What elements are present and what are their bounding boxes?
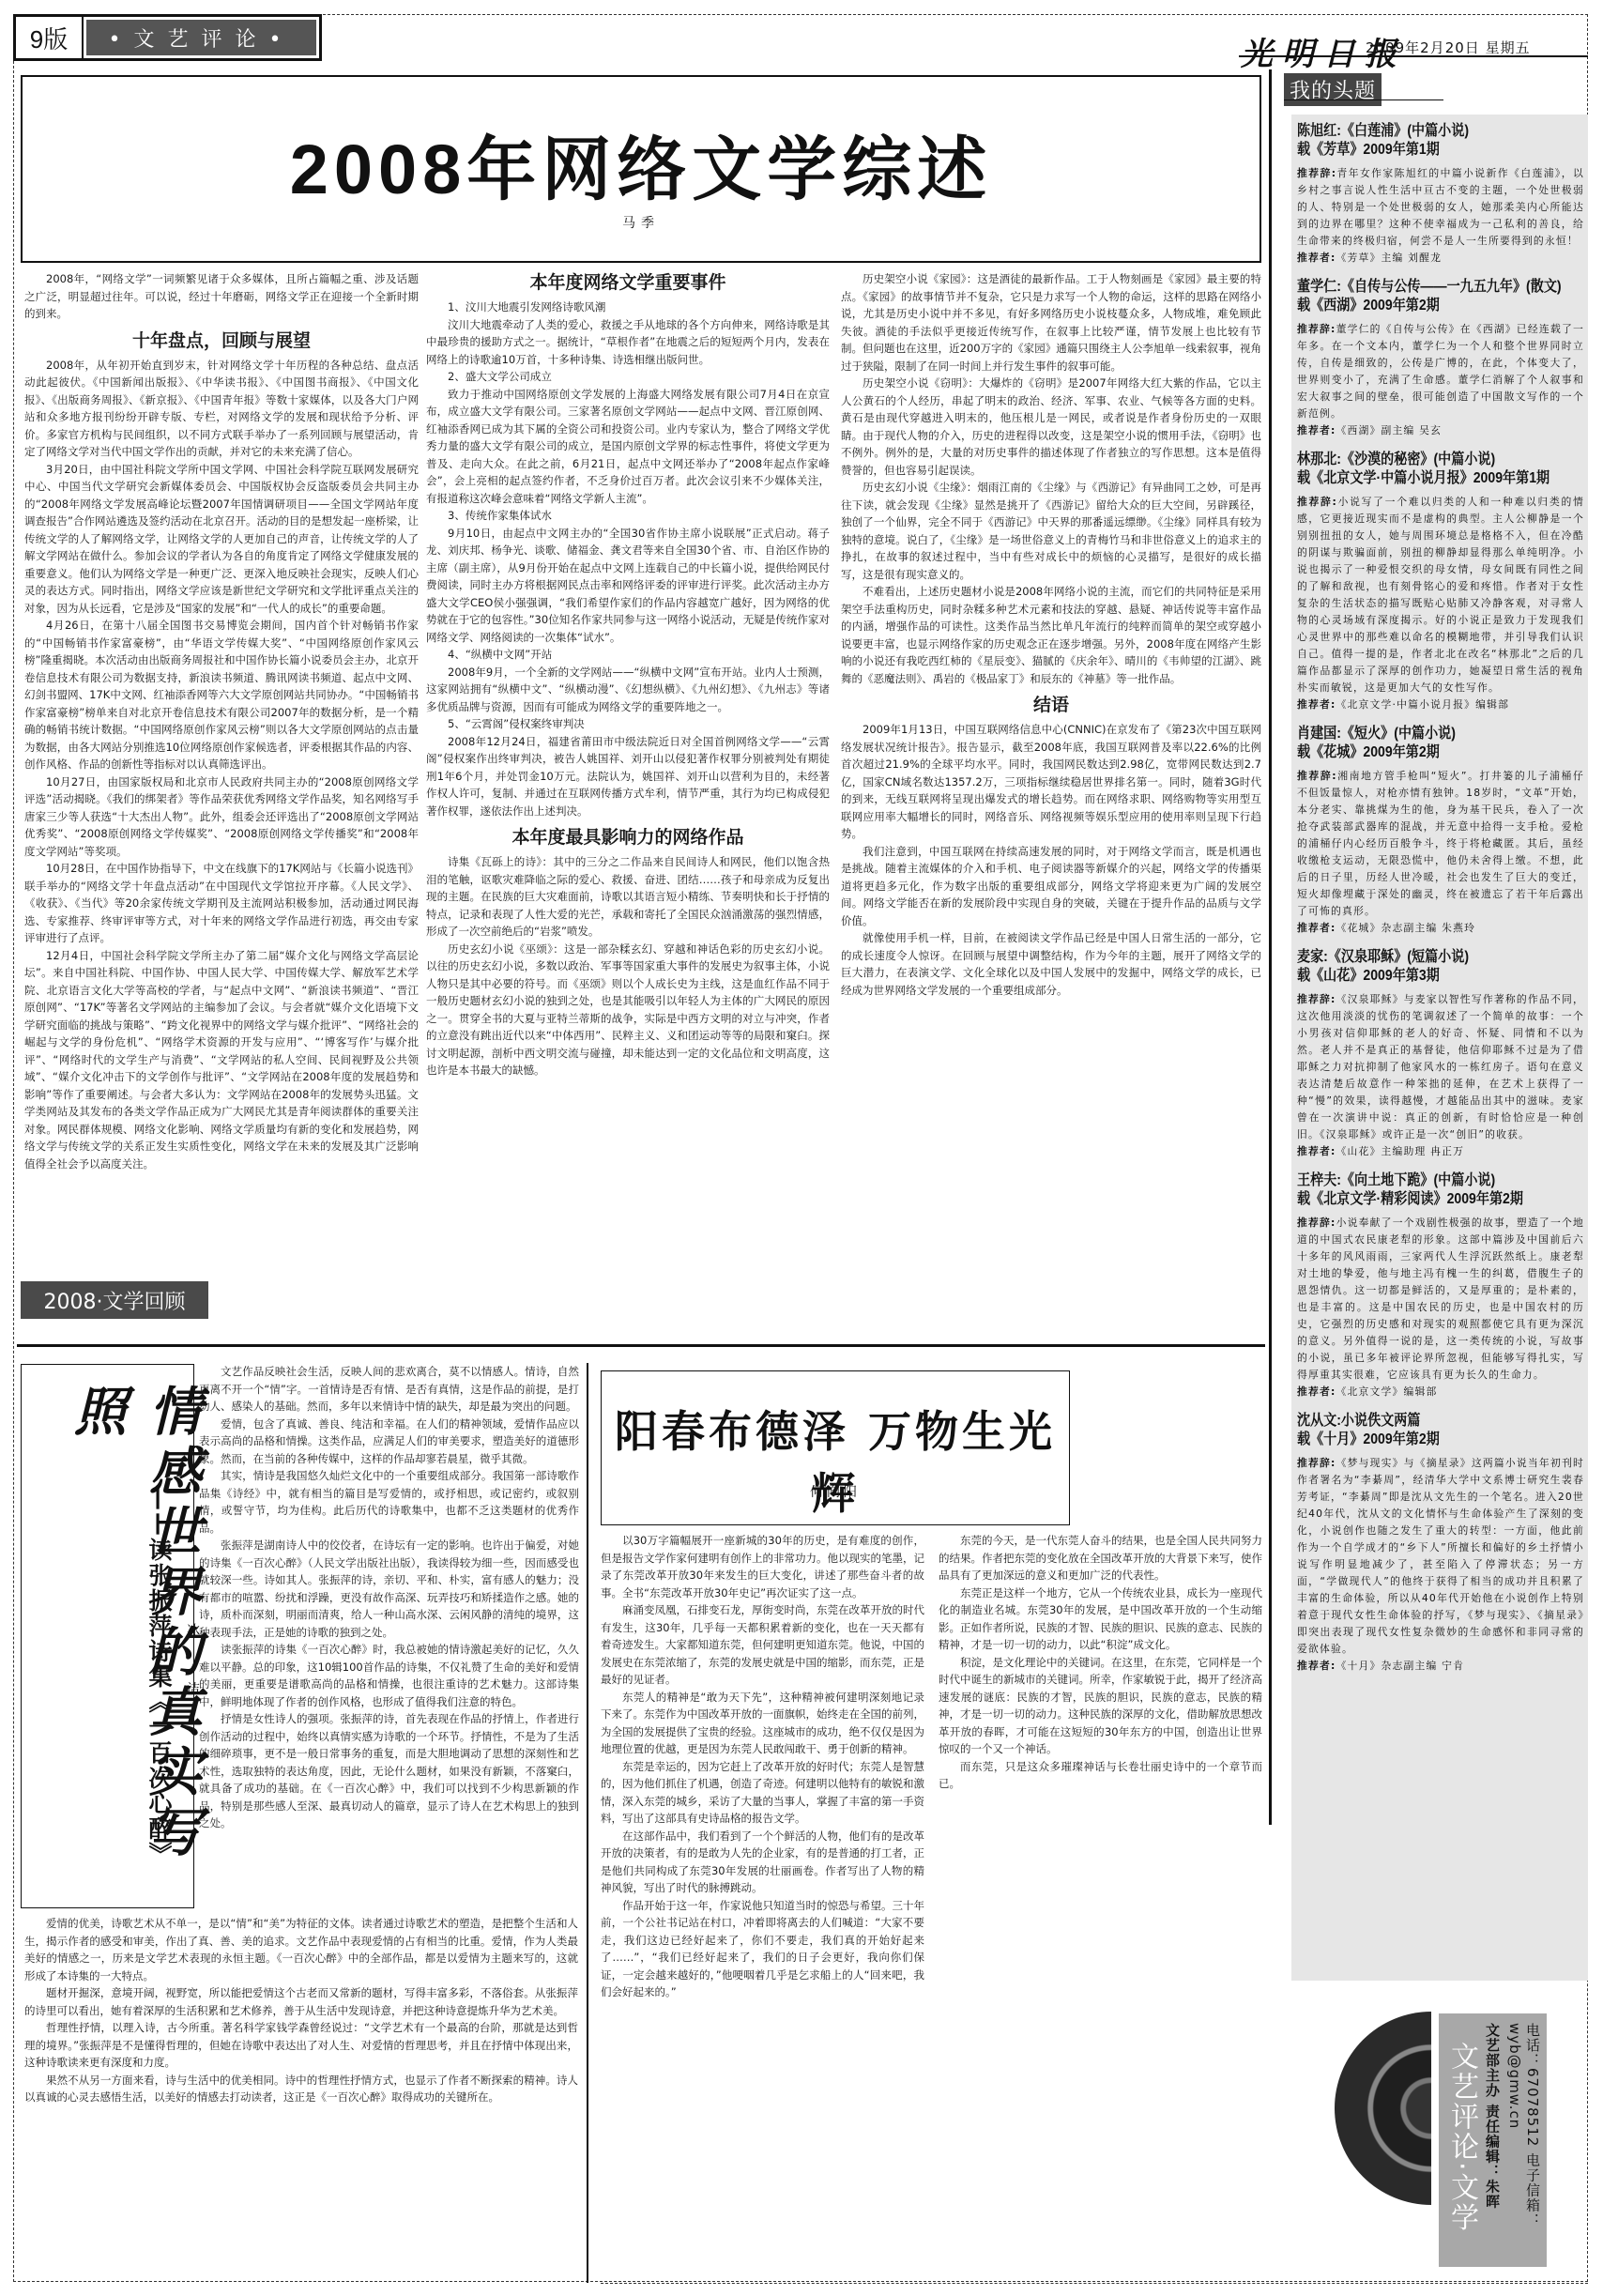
paragraph: 以30万字篇幅展开一座新城的30年的历史，是有难度的创作，但是报告文学作家何建明… (601, 1532, 924, 1601)
paragraph: 不难看出，上述历史题材小说是2008年网络小说的主流，而它们的共同特征是采用架空… (841, 583, 1261, 687)
paragraph: 10月28日，在中国作协指导下，中文在线旗下的17K网站与《长篇小说选刊》联手举… (24, 860, 419, 947)
colophon-editor: 文艺部主办 责任编辑：朱晖 (1483, 2023, 1503, 2209)
paragraph: 就像使用手机一样，目前，在被阅读文学作品已经是中国人日常生活的一部分，它的成长速… (841, 929, 1261, 999)
section-divider (17, 1344, 1265, 1347)
recommendation-title: 陈旭红:《白莲浦》(中篇小说) (1297, 122, 1550, 141)
poem-review-title-box: 情感世界的真实写照 ——读张振萍诗集《一百次心醉》 冰 洁 (21, 1364, 194, 1908)
paragraph: 抒情是女性诗人的强项。张振萍的诗，首先表现在作品的抒情上，作者进行创作活动的过程… (199, 1710, 579, 1832)
masthead-rule (1239, 55, 1588, 57)
feature-byline: 马季 (23, 213, 1259, 232)
recommendation-title: 肖建国:《短火》(中篇小说) (1297, 725, 1550, 743)
paragraph: 12月4日，中国社会科学院文学所主办了第二届“媒介文化与网络文学高层论坛”。来自… (24, 947, 419, 1173)
paragraph: 历史架空小说《家园》：这是酒徒的最新作品。工于人物刻画是《家园》最主要的特点。《… (841, 270, 1261, 375)
recommender-label: 推荐者: (1297, 424, 1336, 436)
colophon-section-name: 文艺评论·文学 (1441, 2042, 1482, 2233)
paragraph: 2008年，从年初开始直到岁末，针对网络文学十年历程的各种总结、盘点活动此起彼伏… (24, 357, 419, 461)
recommendation-source: 载《西湖》2009年第2期 (1297, 297, 1550, 315)
paragraph: 东莞正是这样一个地方，它从一个传统农业县，成长为一座现代化的制造业名城。东莞30… (939, 1584, 1262, 1654)
paragraph: 文艺作品反映社会生活，反映人间的悲欢离合，莫不以情感人。情诗，自然更离不开一个“… (199, 1363, 579, 1416)
recommender-label: 推荐者: (1297, 922, 1336, 934)
recommend-label: 推荐辞: (1297, 770, 1337, 782)
recommendation-source: 载《花城》2009年第2期 (1297, 743, 1550, 762)
paragraph: 读张振萍的诗集《一百次心醉》时，我总被她的情诗激起美好的记忆，久久难以平静。总的… (199, 1641, 579, 1710)
recommendation-title: 董学仁:《自传与公传——一九五九年》(散文) (1297, 278, 1550, 297)
recommendation-body: 小说写了一个难以归类的人和一种难以归类的情感，它更接近现实而不是虚构的典型。主人… (1297, 496, 1584, 694)
feature-title: 2008年网络文学综述 (23, 115, 1259, 214)
recommendation-item: 王梓夫:《向土地下跪》(中篇小说) 载《北京文学·精彩阅读》2009年第2期 推… (1297, 1171, 1584, 1401)
paragraph: 3月20日，由中国社科院文学所中国文学网、中国社会科学院互联网发展研究中心、中国… (24, 461, 419, 618)
feature-title-box: 2008年网络文学综述 马季 (21, 75, 1261, 263)
event-title: 1、汶川大地震引发网络诗歌风潮 (426, 298, 830, 316)
recommend-label: 推荐辞: (1297, 167, 1336, 179)
feature-heading-events: 本年度网络文学重要事件 (426, 270, 830, 295)
recommender-label: 推荐者: (1297, 1385, 1336, 1398)
paragraph: 10月27日，由国家版权局和北京市人民政府共同主办的“2008原创网络文学评选”… (24, 773, 419, 861)
paragraph: 爱情的优美，诗歌艺术从不单一，是以“情”和“美”为特征的文体。读者通过诗歌艺术的… (24, 1915, 578, 1984)
event-title: 2、盛大文学公司成立 (426, 368, 830, 386)
feature-heading-review: 十年盘点，回顾与展望 (24, 329, 419, 353)
event-body: 9月10日，由起点中文网主办的“全国30省作协主席小说联展”正式启动。蒋子龙、刘… (426, 525, 830, 647)
dongguan-review-column-2: 东莞的今天，是一代东莞人奋斗的结果，也是全国人民共同努力的结果。作者把东莞的变化… (939, 1532, 1262, 2283)
page-label: 9版 •文艺评论• (13, 14, 322, 61)
recommender: 《花城》杂志副主编 朱燕玲 (1336, 922, 1476, 934)
poem-review-subtitle: ——读张振萍诗集《一百次心醉》 (142, 1487, 176, 1867)
dongguan-review-column-1: 以30万字篇幅展开一座新城的30年的历史，是有难度的创作，但是报告文学作家何建明… (601, 1532, 924, 2283)
dongguan-review-title: 阳春布德泽 万物生光辉 (602, 1398, 1069, 1522)
recommend-label: 推荐辞: (1297, 323, 1336, 335)
paragraph: 历史玄幻小说《尘缘》：烟雨江南的《尘缘》与《西游记》有异曲同工之妙，可是再往下读… (841, 479, 1261, 583)
recommender: 《山花》主编助理 冉正万 (1336, 1145, 1465, 1157)
recommender: 《十月》杂志副主编 宁肯 (1336, 1660, 1465, 1672)
paragraph: 题材开掘深，意境开阔，视野宽，所以能把爱情这个古老而又常新的题材，写得丰富多彩，… (24, 1984, 578, 2019)
event-title: 5、“云霄阁”侵权案终审判决 (426, 715, 830, 733)
bottom-border (601, 2283, 1588, 2284)
recommendation-item: 肖建国:《短火》(中篇小说) 载《花城》2009年第2期 推荐辞:湘南地方管手枪… (1297, 725, 1584, 937)
feature-intro: 2008年，“网络文学”一词频繁见诸于众多媒体，且所占篇幅之重、涉及话题之广泛，… (24, 270, 419, 323)
feature-heading-conclusion: 结语 (841, 693, 1261, 717)
sidebar-title-underline (1284, 99, 1443, 100)
recommendation-body: 青年女作家陈旭红的中篇小说新作《白莲浦》，以乡村之事言说人性生活中亘古不变的主题… (1297, 167, 1584, 247)
recommendation-body: 《汉泉耶稣》与麦家以智性写作著称的作品不同，这次他用淡淡的忧伤的笔调叙述了一个简… (1297, 993, 1584, 1140)
paragraph: 麻涌变凤凰，石排变石龙，厚街变时尚，东莞在改革开放的时代有发生，这30年，几乎每… (601, 1601, 924, 1689)
page-number: 9版 (16, 17, 84, 58)
dongguan-review-title-box: 阳春布德泽 万物生光辉 何向阳 (601, 1370, 1070, 1525)
paragraph: 积淀，是文化理论中的关键词。在这里，在东莞，它同样是一个时代中诞生的新城市的关键… (939, 1654, 1262, 1758)
poem-review-column-2: 爱情的优美，诗歌艺术从不单一，是以“情”和“美”为特征的文体。读者通过诗歌艺术的… (24, 1915, 578, 2283)
recommendation-body: 董学仁的《自传与公传》在《西湖》已经连载了一年多。在一个文本内，董学仁为一个人和… (1297, 323, 1584, 420)
recommendation-body: 湘南地方管手枪叫“短火”。打井篓的儿子浦桶仔不但饭量惊人，对枪亦情有独钟。18岁… (1297, 770, 1584, 917)
sidebar-title: 我的头题 (1284, 73, 1382, 106)
recommender: 《北京文学》编辑部 (1336, 1385, 1438, 1398)
column-divider (587, 1363, 588, 2283)
feature-column-1: 2008年，“网络文学”一词频繁见诸于众多媒体，且所占篇幅之重、涉及话题之广泛，… (24, 270, 419, 1270)
recommendation-body: 小说奉献了一个戏剧性极强的故事，塑造了一个地道的中国式农民康老犁的形象。这部中篇… (1297, 1217, 1584, 1381)
paragraph: 作品开始于这一年，作家说他只知道当时的惊恐与希望。三十年前，一个公社书记站在村口… (601, 1897, 924, 2001)
recommender-label: 推荐者: (1297, 1145, 1336, 1157)
paragraph: 历史玄幻小说《巫颂》：这是一部杂糅玄幻、穿越和神话色彩的历史玄幻小说。以往的历史… (426, 941, 830, 1079)
paragraph: 东莞的今天，是一代东莞人奋斗的结果，也是全国人民共同努力的结果。作者把东莞的变化… (939, 1532, 1262, 1584)
paragraph: 4月26日，在第十八届全国图书交易博览会期间，国内首个针对畅销书作家的“中国畅销… (24, 617, 419, 773)
recommendation-item: 麦家:《汉泉耶稣》(短篇小说) 载《山花》2009年第3期 推荐辞:《汉泉耶稣》… (1297, 948, 1584, 1160)
section-tag: •文艺评论• (86, 20, 316, 55)
review-section-tag: 2008·文学回顾 (21, 1281, 208, 1319)
paragraph: 历史架空小说《窃明》：大爆炸的《窃明》是2007年网络大红大紫的作品，它以主人公… (841, 375, 1261, 479)
paragraph: 东莞是幸运的，因为它赶上了改革开放的好时代；东莞人是智慧的，因为他们抓住了机遇，… (601, 1758, 924, 1828)
recommendation-title: 麦家:《汉泉耶稣》(短篇小说) (1297, 948, 1550, 967)
recommender: 《北京文学·中篇小说月报》编辑部 (1336, 698, 1510, 711)
event-title: 4、“纵横中文网”开站 (426, 646, 830, 664)
recommendation-source: 载《山花》2009年第3期 (1297, 967, 1550, 986)
recommendation-item: 董学仁:《自传与公传——一九五九年》(散文) 载《西湖》2009年第2期 推荐辞… (1297, 278, 1584, 439)
recommendation-title: 沈从文:小说佚文两篇 (1297, 1412, 1550, 1431)
feature-column-3: 历史架空小说《家园》：这是酒徒的最新作品。工于人物刻画是《家园》最主要的特点。《… (841, 270, 1261, 1348)
issue-date: 2009年2月20日 星期五 (1366, 38, 1531, 57)
paragraph: 张振萍是湖南诗人中的佼佼者，在诗坛有一定的影响。也许出于偏爱，对她的诗集《一百次… (199, 1537, 579, 1641)
dongguan-review-author: 何向阳 (602, 1482, 1069, 1501)
recommendation-item: 沈从文:小说佚文两篇 载《十月》2009年第2期 推荐辞:《梦与现实》与《摘星录… (1297, 1412, 1584, 1675)
recommender-label: 推荐者: (1297, 252, 1336, 264)
recommendation-item: 林那北:《沙漠的秘密》(中篇小说) 载《北京文学·中篇小说月报》2009年第1期… (1297, 451, 1584, 713)
paragraph: 诗集《瓦砾上的诗》：其中的三分之二作品来自民间诗人和网民，他们以饱含热泪的笔触，… (426, 853, 830, 941)
recommendation-sidebar: 陈旭红:《白莲浦》(中篇小说) 载《芳草》2009年第1期 推荐辞:青年女作家陈… (1291, 115, 1588, 1981)
feature-column-2: 12月4日，中国社会科学院文学所主办了第二届“媒介文化与网络文学高层论坛”。来自… (426, 270, 830, 1348)
poem-review-column-1: 文艺作品反映社会生活，反映人间的悲欢离合，莫不以情感人。情诗，自然更离不开一个“… (199, 1363, 579, 1907)
recommendation-source: 载《十月》2009年第2期 (1297, 1431, 1550, 1449)
colophon-contact: 电话：67078512 电子信箱：wyb@gmw.cn (1506, 2023, 1543, 2296)
recommend-label: 推荐辞: (1297, 1457, 1336, 1469)
recommendation-source: 载《芳草》2009年第1期 (1297, 141, 1550, 160)
sidebar-rule (1269, 69, 1272, 1825)
recommender: 《芳草》主编 刘醒龙 (1336, 252, 1443, 264)
recommendation-title: 林那北:《沙漠的秘密》(中篇小说) (1297, 451, 1550, 469)
event-title: 3、传统作家集体试水 (426, 507, 830, 525)
paragraph: 在这部作品中，我们看到了一个个鲜活的人物，他们有的是改革开放的决策者，有的是敢为… (601, 1828, 924, 1897)
recommender-label: 推荐者: (1297, 698, 1336, 711)
paragraph: 其实，情诗是我国悠久灿烂文化中的一个重要组成部分。我国第一部诗歌作品集《诗经》中… (199, 1467, 579, 1537)
recommender-label: 推荐者: (1297, 1660, 1336, 1672)
recommendation-title: 王梓夫:《向土地下跪》(中篇小说) (1297, 1171, 1550, 1190)
recommend-label: 推荐辞: (1297, 496, 1337, 508)
recommend-label: 推荐辞: (1297, 993, 1336, 1005)
paragraph: 果然不从另一方面来看，诗与生活中的优美相同。诗中的哲理性抒情方式，也显示了作者不… (24, 2072, 578, 2106)
recommendation-body: 《梦与现实》与《摘星录》这两篇小说当年初刊时作者署名为“李綦周”，经清华大学中文… (1297, 1457, 1584, 1655)
paragraph: 哲理性抒情，以理入诗，古今所重。著名科学家钱学森曾经说过：“文学艺术有一个最高的… (24, 2019, 578, 2072)
event-body: 2008年9月，一个全新的文学网站——“纵横中文网”宣布开站。业内人士预测，这家… (426, 664, 830, 716)
paragraph: 东莞人的精神是“敢为天下先”，这种精神被何建明深刻地记录下来了。东莞作为中国改革… (601, 1689, 924, 1758)
recommend-label: 推荐辞: (1297, 1217, 1336, 1229)
recommendation-source: 载《北京文学·中篇小说月报》2009年第1期 (1297, 469, 1550, 488)
paragraph: 而东莞，只是这众多璀璨神话与长卷壮丽史诗中的一个章节而已。 (939, 1758, 1262, 1793)
recommendation-item: 陈旭红:《白莲浦》(中篇小说) 载《芳草》2009年第1期 推荐辞:青年女作家陈… (1297, 122, 1584, 267)
feature-heading-works: 本年度最具影响力的网络作品 (426, 825, 830, 850)
event-body: 汶川大地震牵动了人类的爱心，救援之手从地球的各个方向伸来，网络诗歌是其中最珍贵的… (426, 316, 830, 369)
paragraph: 爱情，包含了真诚、善良、纯洁和幸福。在人们的精神领域，爱情作品应以表示高尚的品格… (199, 1416, 579, 1468)
recommendation-source: 载《北京文学·精彩阅读》2009年第2期 (1297, 1190, 1550, 1209)
paragraph: 2009年1月13日，中国互联网络信息中心(CNNIC)在京发布了《第23次中国… (841, 721, 1261, 843)
recommender: 《西湖》副主编 吴玄 (1336, 424, 1443, 436)
event-body: 2008年12月24日，福建省莆田市中级法院近日对全国首例网络文学——“云霄阁”… (426, 733, 830, 820)
event-body: 致力于推动中国网络原创文学发展的上海盛大网络发展有限公司7月4日在京宣布，成立盛… (426, 386, 830, 508)
paragraph: 我们注意到，中国互联网在持续高速发展的同时，对于网络文学而言，既是机遇也是挑战。… (841, 843, 1261, 930)
